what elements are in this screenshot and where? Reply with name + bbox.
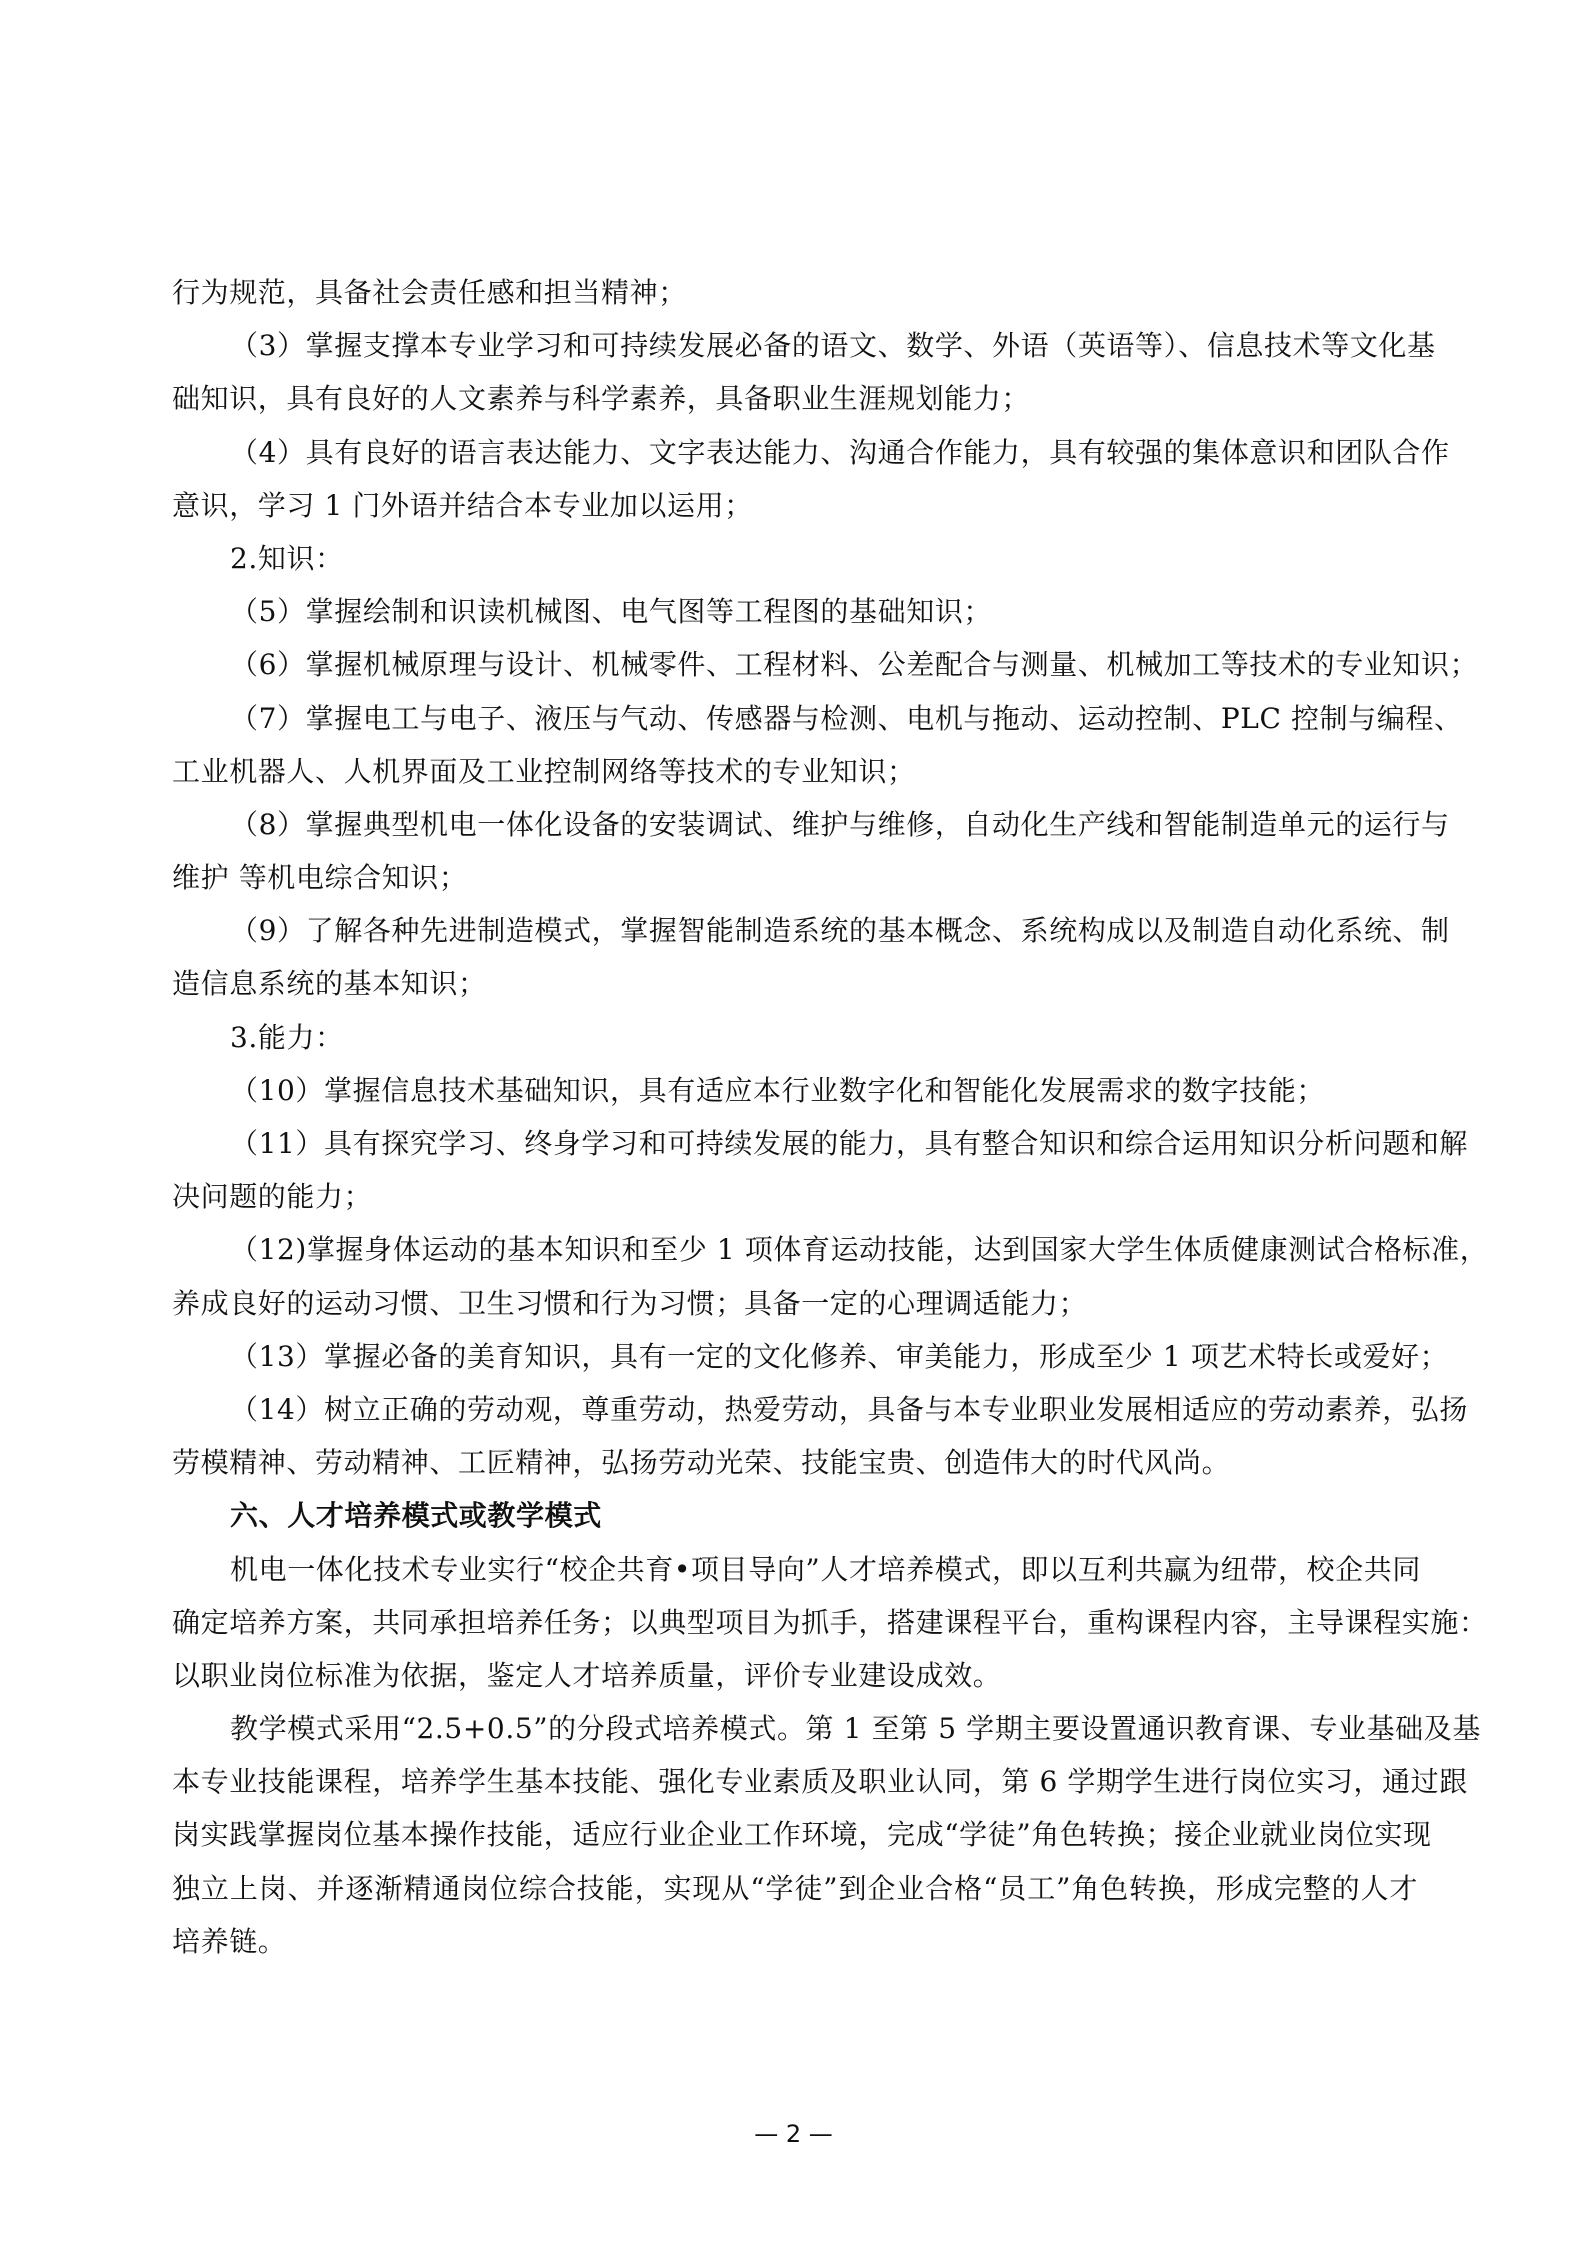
- text-line: 本专业技能课程，培养学生基本技能、强化专业素质及职业认同，第 6 学期学生进行岗…: [172, 1755, 1418, 1808]
- list-item-5: （5）掌握绘制和识读机械图、电气图等工程图的基础知识；: [172, 585, 1418, 638]
- text-line: 确定培养方案，共同承担培养任务；以典型项目为抓手，搭建课程平台，重构课程内容，主…: [172, 1596, 1418, 1649]
- paragraph-teaching-model: 教学模式采用“2.5+0.5”的分段式培养模式。第 1 至第 5 学期主要设置通…: [172, 1702, 1418, 1755]
- list-item-14: （14）树立正确的劳动观，尊重劳动，热爱劳动，具备与本专业职业发展相适应的劳动素…: [172, 1383, 1418, 1436]
- text-line: 维护 等机电综合知识；: [172, 851, 1418, 904]
- section-subheading-ability: 3.能力：: [172, 1011, 1418, 1064]
- paragraph-training-model: 机电一体化技术专业实行“校企共育•项目导向”人才培养模式，即以互利共赢为纽带，校…: [172, 1543, 1418, 1596]
- section-subheading-knowledge: 2.知识：: [172, 532, 1418, 585]
- section-heading: 六、人才培养模式或教学模式: [172, 1489, 1418, 1542]
- list-item-13: （13）掌握必备的美育知识，具有一定的文化修养、审美能力，形成至少 1 项艺术特…: [172, 1330, 1418, 1383]
- text-line: 劳模精神、劳动精神、工匠精神，弘扬劳动光荣、技能宝贵、创造伟大的时代风尚。: [172, 1436, 1418, 1489]
- text-line: 础知识，具有良好的人文素养与科学素养，具备职业生涯规划能力；: [172, 372, 1418, 425]
- list-item-11: （11）具有探究学习、终身学习和可持续发展的能力，具有整合知识和综合运用知识分析…: [172, 1117, 1418, 1170]
- list-item-4: （4）具有良好的语言表达能力、文字表达能力、沟通合作能力，具有较强的集体意识和团…: [172, 426, 1418, 479]
- list-item-3: （3）掌握支撑本专业学习和可持续发展必备的语文、数学、外语（英语等）、信息技术等…: [172, 319, 1418, 372]
- list-item-7: （7）掌握电工与电子、液压与气动、传感器与检测、电机与拖动、运动控制、PLC 控…: [172, 692, 1418, 745]
- list-item-10: （10）掌握信息技术基础知识，具有适应本行业数字化和智能化发展需求的数字技能；: [172, 1064, 1418, 1117]
- text-line: 养成良好的运动习惯、卫生习惯和行为习惯；具备一定的心理调适能力；: [172, 1277, 1418, 1330]
- list-item-9: （9）了解各种先进制造模式，掌握智能制造系统的基本概念、系统构成以及制造自动化系…: [172, 904, 1418, 957]
- list-item-8: （8）掌握典型机电一体化设备的安装调试、维护与维修，自动化生产线和智能制造单元的…: [172, 798, 1418, 851]
- text-line: 行为规范，具备社会责任感和担当精神；: [172, 266, 1418, 319]
- text-line: 独立上岗、并逐渐精通岗位综合技能，实现从“学徒”到企业合格“员工”角色转换，形成…: [172, 1862, 1418, 1915]
- document-body: 行为规范，具备社会责任感和担当精神； （3）掌握支撑本专业学习和可持续发展必备的…: [172, 266, 1418, 1968]
- text-line: 决问题的能力；: [172, 1170, 1418, 1223]
- page-number: — 2 —: [0, 2120, 1587, 2148]
- list-item-6: （6）掌握机械原理与设计、机械零件、工程材料、公差配合与测量、机械加工等技术的专…: [172, 638, 1418, 691]
- text-line: 意识，学习 1 门外语并结合本专业加以运用；: [172, 479, 1418, 532]
- text-line: 工业机器人、人机界面及工业控制网络等技术的专业知识；: [172, 745, 1418, 798]
- text-line: 以职业岗位标准为依据，鉴定人才培养质量，评价专业建设成效。: [172, 1649, 1418, 1702]
- text-line: 岗实践掌握岗位基本操作技能，适应行业企业工作环境，完成“学徒”角色转换；接企业就…: [172, 1808, 1418, 1861]
- text-line: 培养链。: [172, 1915, 1418, 1968]
- list-item-12: （12)掌握身体运动的基本知识和至少 1 项体育运动技能，达到国家大学生体质健康…: [172, 1223, 1418, 1276]
- text-line: 造信息系统的基本知识；: [172, 957, 1418, 1010]
